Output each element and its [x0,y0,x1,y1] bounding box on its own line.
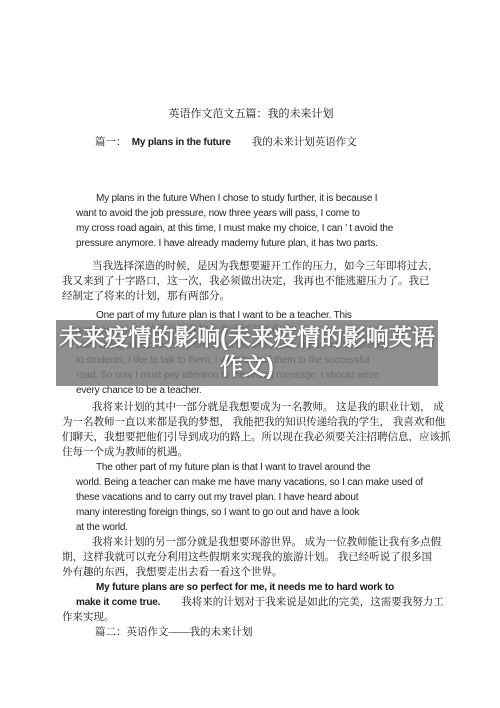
para4-chinese: 我将来计划的其中一部分就是我想要成为一名教师。 这是我的职业计划， 成为一名教师… [62,400,440,460]
text-line: 篇二：英语作文——我的未来计划 [62,625,440,640]
para6-chinese: 我将来计划的另一部分就是我想要环游世界。 成为一位教师能让我有多点假期，这样我就… [62,535,440,580]
para2-chinese: 当我选择深造的时候，是因为我想要避开工作的压力，如今三年即将过去，我又来到了十字… [62,259,440,304]
text-segment: world. Being a teacher can make me have … [76,477,423,488]
text-segment: 我将来计划的另一部分就是我想要环游世界。 成为一位教师能让我有多点假 [92,537,441,548]
text-segment: My plans in the future When I chose to s… [96,193,377,204]
text-line: pressure anymore. I have already mademy … [62,236,440,251]
text-segment: 住每一个成为教师的机遇。 [62,447,188,458]
text-segment: My plans in the future [132,137,231,148]
text-segment: these vacations and to carry out my trav… [76,492,358,503]
text-line: 我又来到了十字路口，这一次，我必须做出决定，我再也不能逃避压力了。我已 [62,274,440,289]
watermark-overlay-banner: 未来疫情的影响(未来疫情的影响英语 作文) [56,320,438,386]
watermark-text-line2: 作文) [220,353,274,379]
text-segment: my cross road again, at this time, I mus… [76,223,393,234]
text-segment: 篇一： [95,137,132,148]
watermark-text: 未来疫情的影响(未来疫情的影响英语 作文) [56,320,438,381]
section2-heading: 篇二：英语作文——我的未来计划 [62,625,440,640]
text-segment: 我将来计划的其中一部分就是我想要成为一名教师。 这是我的职业计划， 成 [92,402,444,413]
text-line: 外有趣的东西，我想要走出去看一看这个世界。 [62,565,440,580]
text-segment: My future plans are so perfect for me, i… [96,582,394,593]
text-segment: at the world. [76,522,128,533]
text-line: 们聊天，我想要把他们引导到成功的路上。所以现在我必须要关注招聘信息，应该抓 [62,430,440,445]
text-line: at the world. [62,520,440,535]
text-segment: 我将来的计划对于我来说是如此的完美，这需要我努力工 [160,597,444,608]
text-line: 为一名教师一直以来都是我的梦想， 我能把我的知识传递给我的学生， 我喜欢和他 [62,415,440,430]
text-line: 我将来计划的其中一部分就是我想要成为一名教师。 这是我的职业计划， 成 [62,400,440,415]
text-segment: 为一名教师一直以来都是我的梦想， 我能把我的知识传递给我的学生， 我喜欢和他 [62,417,445,428]
text-segment: pressure anymore. I have already mademy … [76,238,378,249]
text-line: these vacations and to carry out my trav… [62,490,440,505]
text-line: 经制定了将来的计划，那有两部分。 [62,289,440,304]
text-segment: 我的未来计划英语作文 [231,137,357,148]
text-segment: 经制定了将来的计划，那有两部分。 [62,291,230,302]
text-segment: want to avoid the job pressure, now thre… [76,208,360,219]
text-line: My plans in the future When I chose to s… [62,191,440,206]
text-segment: 我又来到了十字路口，这一次，我必须做出决定，我再也不能逃避压力了。我已 [62,276,430,287]
text-line: many interesting foreign things, so I wa… [62,505,440,520]
text-segment: The other part of my future plan is that… [96,462,370,473]
text-segment: 外有趣的东西，我想要走出去看一看这个世界。 [62,567,283,578]
text-segment: 们聊天，我想要把他们引导到成功的路上。所以现在我必须要关注招聘信息，应该抓 [62,432,451,443]
text-line: want to avoid the job pressure, now thre… [62,206,440,221]
text-segment: 期，这样我就可以充分利用这些假期来实现我的旅游计划。 我已经听说了很多国 [62,552,432,563]
text-segment: many interesting foreign things, so I wa… [76,507,359,518]
essay-body: 篇一： My plans in the future 我的未来计划英语作文My … [62,135,440,640]
para1-english: My plans in the future When I chose to s… [62,191,440,251]
text-line: 我将来计划的另一部分就是我想要环游世界。 成为一位教师能让我有多点假 [62,535,440,550]
para7-mixed: My future plans are so perfect for me, i… [62,580,440,625]
document-page: 英语作文范文五篇：我的未来计划 篇一： My plans in the futu… [0,0,500,708]
text-line: 篇一： My plans in the future 我的未来计划英语作文 [62,135,440,150]
text-line: My future plans are so perfect for me, i… [62,580,440,595]
text-segment: 当我选择深造的时候，是因为我想要避开工作的压力，如今三年即将过去， [92,261,439,272]
text-line: The other part of my future plan is that… [62,460,440,475]
text-line: 住每一个成为教师的机遇。 [62,445,440,460]
text-segment: make it come true. [76,597,160,608]
watermark-text-line1: 未来疫情的影响(未来疫情的影响英语 [59,324,435,350]
text-segment: 作来实现。 [62,612,115,623]
para5-english: The other part of my future plan is that… [62,460,440,535]
text-segment: every chance to be a teacher. [76,385,201,396]
text-line: world. Being a teacher can make me have … [62,475,440,490]
text-line: 期，这样我就可以充分利用这些假期来实现我的旅游计划。 我已经听说了很多国 [62,550,440,565]
section1-heading: 篇一： My plans in the future 我的未来计划英语作文 [62,135,440,150]
text-line: 作来实现。 [62,610,440,625]
text-line: 当我选择深造的时候，是因为我想要避开工作的压力，如今三年即将过去， [62,259,440,274]
text-segment: 篇二：英语作文——我的未来计划 [95,627,253,638]
text-line: my cross road again, at this time, I mus… [62,221,440,236]
document-title: 英语作文范文五篇：我的未来计划 [62,107,440,121]
text-line: make it come true. 我将来的计划对于我来说是如此的完美，这需要… [62,595,440,610]
